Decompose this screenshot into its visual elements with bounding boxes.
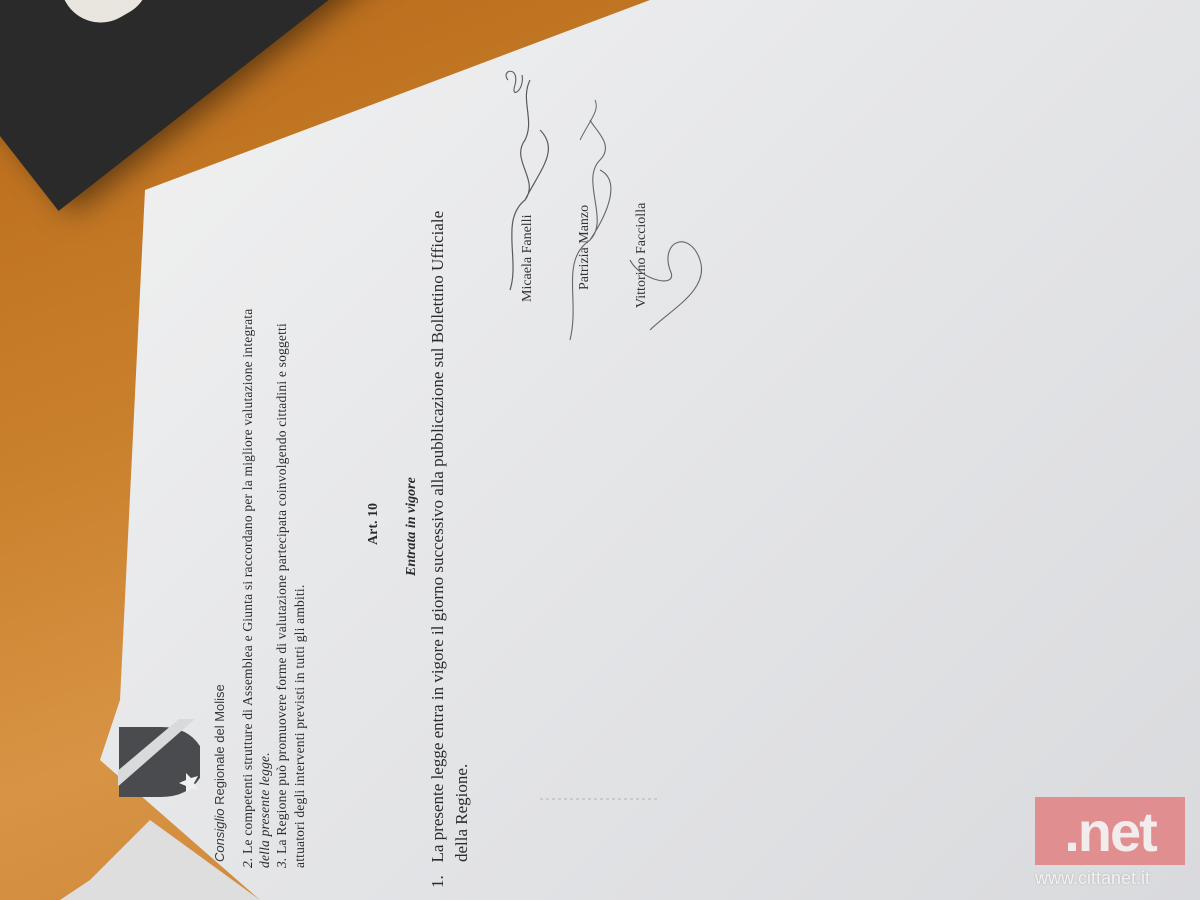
watermark-url: www.cittanet.it [1035,868,1195,889]
article-title: Entrata in vigore [404,477,420,576]
paragraph-2-continuation: della presente legge. [257,752,272,868]
paragraph-2-number: 2. [240,857,255,868]
paragraph-2-text: Le competenti strutture di Assemblea e G… [240,309,255,858]
header-org-name: Consiglio Regionale del Molise [212,684,227,862]
paragraph-3-number: 3. [274,857,289,868]
watermark-logo: .net [1035,797,1185,865]
paragraph-3-line-2: attuatori degli interventi previsti in t… [292,585,308,868]
molise-shield-icon [118,712,200,812]
paragraph-2-line-1: 2. Le competenti strutture di Assemblea … [240,309,256,868]
clause-number: 1. [428,875,447,888]
paragraph-2-line-2: della presente legge. [257,752,273,868]
article-number: Art. 10 [366,503,382,545]
header-org-prefix: Consiglio [212,809,227,862]
paragraph-3-text: La Regione può promuovere forme di valut… [274,323,289,857]
clause-1-line-2: della Regione. [452,764,472,862]
header-org-rest: Regionale del Molise [212,684,227,808]
clause-text: La presente legge entra in vigore il gio… [428,211,447,863]
paragraph-3-continuation: attuatori degli interventi previsti in t… [292,585,307,868]
clause-continuation: della Regione. [452,764,471,862]
faint-print-mark [540,798,660,800]
handwritten-signatures [480,60,740,360]
paragraph-3-line-1: 3. La Regione può promuovere forme di va… [274,323,290,868]
clause-1-line-1: 1. La presente legge entra in vigore il … [428,211,448,888]
